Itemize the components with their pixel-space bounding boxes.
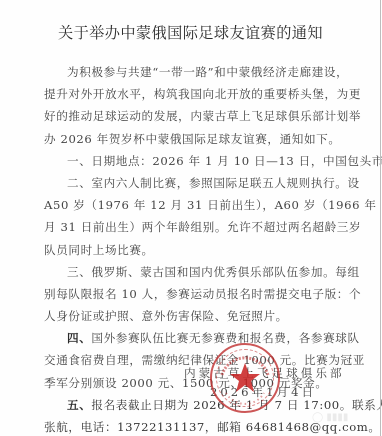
section-number: 三、 — [67, 265, 91, 279]
section-number: 二、 — [67, 176, 91, 190]
section-line: 俄罗斯、蒙古国和国内优秀俱乐部队伍参加。每组 — [91, 265, 359, 279]
section-4: 四、国外参赛队伍比赛无参赛费和报名费，各参赛球队 — [44, 327, 334, 349]
intro-line: 好的推动足球运动的发展，内蒙古草上飞足球俱乐部计划举 — [44, 105, 334, 127]
section-line: 人身份证或护照、意外伤害保险、免冠照片。 — [44, 305, 334, 327]
document-title: 关于举办中蒙俄国际足球友谊赛的通知 — [58, 24, 318, 42]
section-line: 日期地点：2026 年 1 月 10 日—13 日，中国包头市 — [91, 154, 382, 168]
section-line: 队员同时上场比赛。 — [44, 239, 334, 261]
signature-date: 2026年1月4日 — [210, 384, 316, 400]
section-3: 三、俄罗斯、蒙古国和国内优秀俱乐部队伍参加。每组 — [44, 261, 334, 283]
section-line: A50 岁（1976 年 12 月 31 日前出生），A60 岁（1966 年 … — [44, 194, 334, 216]
watermark: ◯ ▮▮▮▮ — [312, 412, 348, 423]
section-line: 月 31 日前出生）两个年龄组别。允许不超过两名超龄三岁 — [44, 216, 334, 238]
section-1: 一、日期地点：2026 年 1 月 10 日—13 日，中国包头市 — [44, 150, 334, 172]
section-number: 四、 — [67, 331, 91, 345]
page-edge-divider — [380, 0, 381, 436]
intro-line: 提升对外开放水平，构筑我国向北开放的重要桥头堡，为更 — [44, 83, 334, 105]
section-number: 一、 — [67, 154, 91, 168]
document-page: 关于举办中蒙俄国际足球友谊赛的通知 为积极参与共建“一带一路”和中蒙俄经济走廊建… — [0, 0, 381, 436]
intro-line: 办 2026 年贺岁杯中蒙俄国际足球友谊赛，通知如下。 — [44, 128, 334, 150]
signature-organization: 内蒙古草上飞足球俱乐部 — [184, 365, 314, 381]
intro-line: 为积极参与共建“一带一路”和中蒙俄经济走廊建设， — [44, 61, 334, 83]
section-line: 室内六人制比赛，参照国际足联五人规则执行。设 — [91, 176, 359, 190]
section-line: 张航，电话：13722131137，邮箱 64681468@qq.com。 — [44, 416, 334, 436]
section-line: 国外参赛队伍比赛无参赛费和报名费，各参赛球队 — [91, 331, 359, 345]
section-number: 五、 — [67, 398, 91, 412]
section-line: 别每队限报名 10 人，参赛运动员报名时需提交电子版：个 — [44, 283, 334, 305]
section-2: 二、室内六人制比赛，参照国际足联五人规则执行。设 — [44, 172, 334, 194]
